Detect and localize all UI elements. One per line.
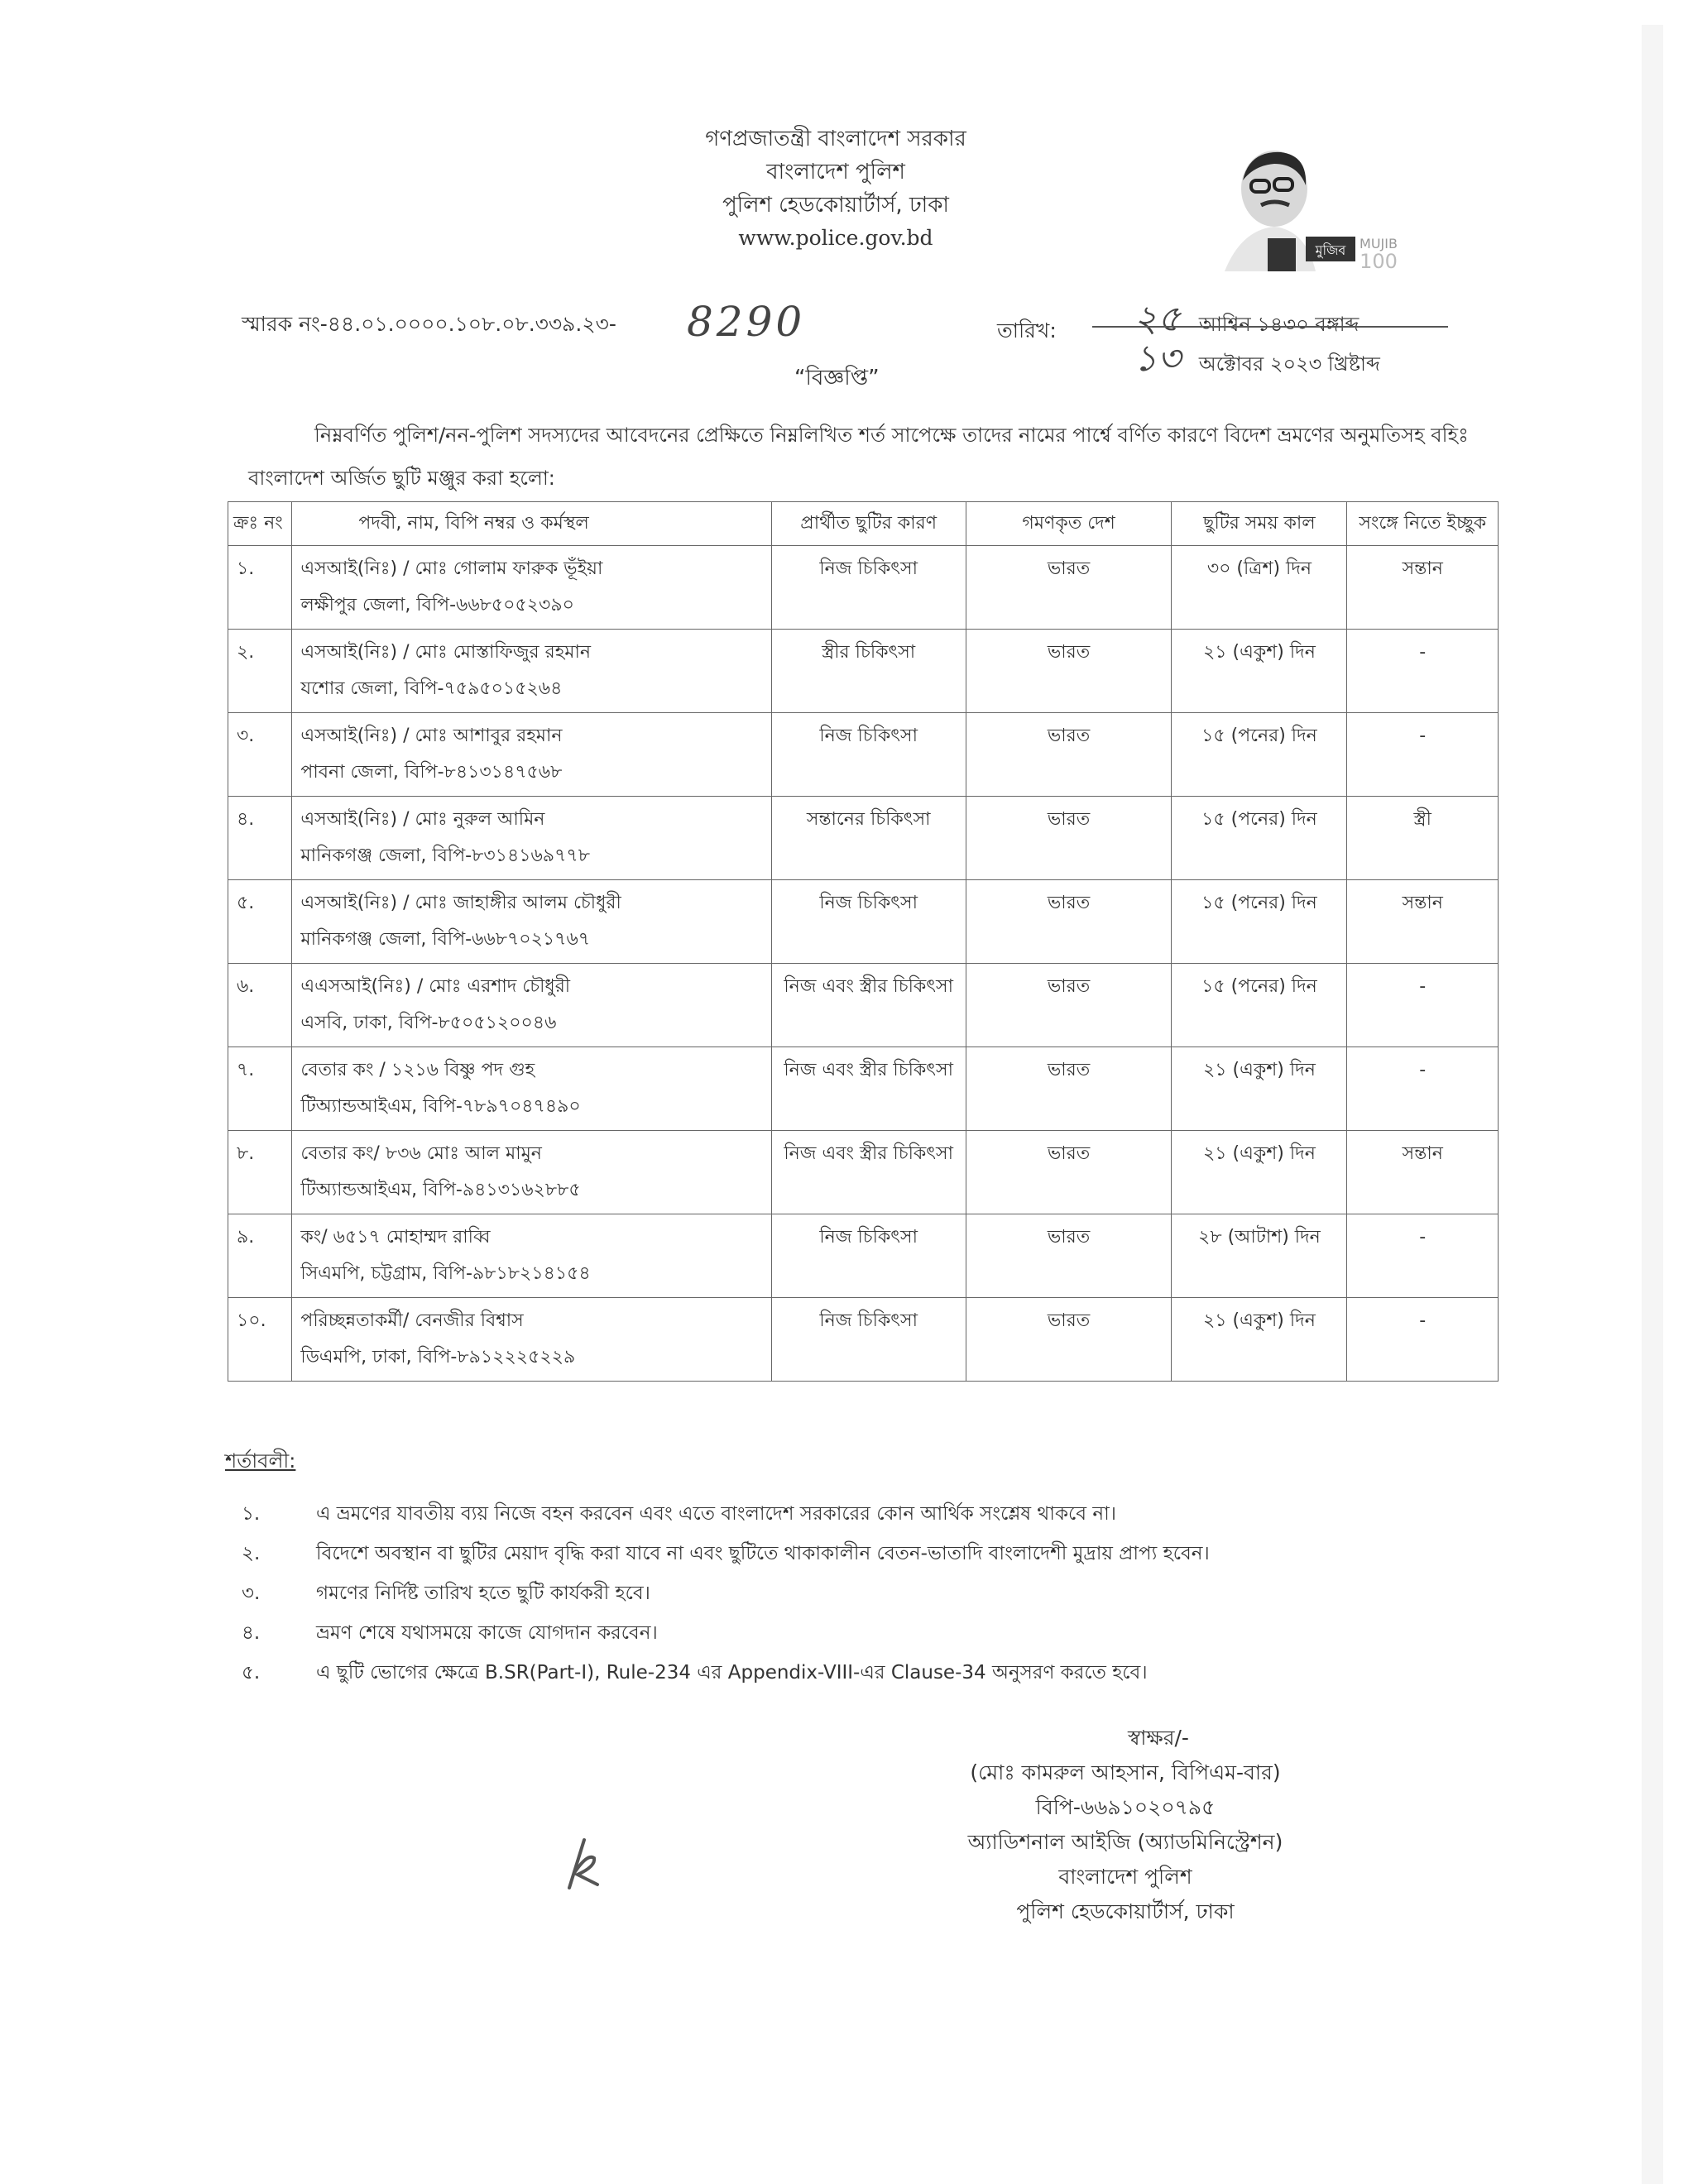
cell-country: ভারত bbox=[966, 546, 1172, 630]
signature-block: স্বাক্ষর/- (মোঃ কামরুল আহসান, বিপিএম-বার… bbox=[894, 1721, 1357, 1929]
cell-name-unit-bp: ডিএমপি, ঢাকা, বিপি-৮৯১২২২৫২২৯ bbox=[300, 1339, 762, 1376]
cell-name: বেতার কং / ১২১৬ বিষ্ণু পদ গুহটিঅ্যান্ডআই… bbox=[292, 1047, 771, 1131]
signature-org: বাংলাদেশ পুলিশ bbox=[894, 1860, 1357, 1894]
cell-serial: ৬. bbox=[228, 964, 292, 1047]
signature-office: পুলিশ হেডকোয়ার্টার্স, ঢাকা bbox=[894, 1894, 1357, 1929]
memo-number: স্মারক নং-৪৪.০১.০০০০.১০৮.০৮.৩৩৯.২৩- bbox=[242, 308, 616, 343]
condition-item: ৫.এ ছুটি ভোগের ক্ষেত্রে B.SR(Part-I), Ru… bbox=[225, 1653, 1466, 1693]
cell-duration: ২১ (একুশ) দিন bbox=[1172, 630, 1347, 713]
cell-name-rank: পরিচ্ছন্নতাকর্মী/ বেনজীর বিশ্বাস bbox=[300, 1303, 762, 1339]
col-serial: ক্রঃ নং bbox=[228, 502, 292, 546]
cell-companion: - bbox=[1347, 630, 1499, 713]
table-row: ১.এসআই(নিঃ) / মোঃ গোলাম ফারুক ভূঁইয়ালক্… bbox=[228, 546, 1499, 630]
table-row: ১০.পরিচ্ছন্নতাকর্মী/ বেনজীর বিশ্বাসডিএমপ… bbox=[228, 1298, 1499, 1382]
col-companion: সংঙ্গে নিতে ইচ্ছুক bbox=[1347, 502, 1499, 546]
cell-companion: - bbox=[1347, 713, 1499, 797]
cell-name-rank: বেতার কং/ ৮৩৬ মোঃ আল মামুন bbox=[300, 1136, 762, 1172]
table-header-row: ক্রঃ নং পদবী, নাম, বিপি নম্বর ও কর্মস্থল… bbox=[228, 502, 1499, 546]
cell-serial: ৭. bbox=[228, 1047, 292, 1131]
cell-serial: ৪. bbox=[228, 797, 292, 880]
cell-name: এসআই(নিঃ) / মোঃ গোলাম ফারুক ভূঁইয়ালক্ষী… bbox=[292, 546, 771, 630]
condition-item: ১.এ ভ্রমণের যাবতীয় ব্যয় নিজে বহন করবেন… bbox=[225, 1494, 1466, 1534]
cell-reason: নিজ চিকিৎসা bbox=[771, 713, 966, 797]
condition-text: এ ভ্রমণের যাবতীয় ব্যয় নিজে বহন করবেন এ… bbox=[316, 1494, 1116, 1534]
cell-name-rank: কং/ ৬৫১৭ মোহাম্মদ রাব্বি bbox=[300, 1219, 762, 1256]
date-english: ১৩ অক্টোবর ২০২৩ খ্রিষ্টাব্দ bbox=[1134, 331, 1456, 391]
cell-country: ভারত bbox=[966, 1131, 1172, 1214]
cell-name-unit-bp: টিঅ্যান্ডআইএম, বিপি-৭৮৯৭০৪৭৪৯০ bbox=[300, 1089, 762, 1125]
cell-name-unit-bp: মানিকগঞ্জ জেলা, বিপি-৮৩১৪১৬৯৭৭৮ bbox=[300, 838, 762, 874]
cell-duration: ১৫ (পনের) দিন bbox=[1172, 797, 1347, 880]
cell-serial: ৫. bbox=[228, 880, 292, 964]
cell-name-rank: এএসআই(নিঃ) / মোঃ এরশাদ চৌধুরী bbox=[300, 969, 762, 1005]
signature-name: (মোঃ কামরুল আহসান, বিপিএম-বার) bbox=[894, 1755, 1357, 1790]
svg-text:100: 100 bbox=[1360, 250, 1398, 271]
cell-name-rank: এসআই(নিঃ) / মোঃ গোলাম ফারুক ভূঁইয়া bbox=[300, 551, 762, 587]
table-row: ৬.এএসআই(নিঃ) / মোঃ এরশাদ চৌধুরীএসবি, ঢাক… bbox=[228, 964, 1499, 1047]
cell-reason: নিজ চিকিৎসা bbox=[771, 1298, 966, 1382]
table-row: ৭.বেতার কং / ১২১৬ বিষ্ণু পদ গুহটিঅ্যান্ড… bbox=[228, 1047, 1499, 1131]
cell-duration: ২১ (একুশ) দিন bbox=[1172, 1047, 1347, 1131]
conditions-title: শর্তাবলী: bbox=[225, 1446, 295, 1479]
intro-paragraph: নিম্নবর্ণিত পুলিশ/নন-পুলিশ সদস্যদের আবেদ… bbox=[248, 414, 1506, 500]
cell-companion: সন্তান bbox=[1347, 880, 1499, 964]
col-country: গমণকৃত দেশ bbox=[966, 502, 1172, 546]
condition-item: ৪.ভ্রমণ শেষে যথাসময়ে কাজে যোগদান করবেন। bbox=[225, 1613, 1466, 1653]
cell-duration: ১৫ (পনের) দিন bbox=[1172, 713, 1347, 797]
cell-serial: ৯. bbox=[228, 1214, 292, 1298]
cell-country: ভারত bbox=[966, 630, 1172, 713]
mujib-100-logo-icon: মুজিব MUJIB 100 bbox=[1208, 139, 1407, 271]
cell-serial: ৮. bbox=[228, 1131, 292, 1214]
cell-duration: ১৫ (পনের) দিন bbox=[1172, 964, 1347, 1047]
signature-bp: বিপি-৬৬৯১০২০৭৯৫ bbox=[894, 1790, 1357, 1825]
col-duration: ছুটির সময় কাল bbox=[1172, 502, 1347, 546]
handwritten-initial-icon bbox=[563, 1837, 612, 1894]
letterhead-department: বাংলাদেশ পুলিশ bbox=[629, 156, 1043, 189]
cell-name-unit-bp: যশোর জেলা, বিপি-৭৫৯৫০১৫২৬৪ bbox=[300, 671, 762, 707]
condition-number: ৪. bbox=[225, 1613, 316, 1653]
cell-country: ভারত bbox=[966, 1047, 1172, 1131]
cell-reason: নিজ চিকিৎসা bbox=[771, 880, 966, 964]
condition-number: ৫. bbox=[225, 1653, 316, 1693]
table-row: ৯.কং/ ৬৫১৭ মোহাম্মদ রাব্বিসিএমপি, চট্টগ্… bbox=[228, 1214, 1499, 1298]
cell-name: কং/ ৬৫১৭ মোহাম্মদ রাব্বিসিএমপি, চট্টগ্রা… bbox=[292, 1214, 771, 1298]
cell-serial: ২. bbox=[228, 630, 292, 713]
cell-companion: সন্তান bbox=[1347, 546, 1499, 630]
condition-text: গমণের নির্দিষ্ট তারিখ হতে ছুটি কার্যকরী … bbox=[316, 1573, 650, 1613]
conditions-list: ১.এ ভ্রমণের যাবতীয় ব্যয় নিজে বহন করবেন… bbox=[225, 1494, 1466, 1693]
cell-name-rank: এসআই(নিঃ) / মোঃ জাহাঙ্গীর আলম চৌধুরী bbox=[300, 885, 762, 922]
condition-number: ৩. bbox=[225, 1573, 316, 1613]
letterhead: গণপ্রজাতন্ত্রী বাংলাদেশ সরকার বাংলাদেশ প… bbox=[629, 122, 1043, 255]
letterhead-office: পুলিশ হেডকোয়ার্টার্স, ঢাকা bbox=[629, 189, 1043, 222]
cell-name-unit-bp: এসবি, ঢাকা, বিপি-৮৫০৫১২০০৪৬ bbox=[300, 1005, 762, 1042]
cell-reason: স্ত্রীর চিকিৎসা bbox=[771, 630, 966, 713]
cell-country: ভারত bbox=[966, 1214, 1172, 1298]
cell-name: এসআই(নিঃ) / মোঃ জাহাঙ্গীর আলম চৌধুরীমানি… bbox=[292, 880, 771, 964]
condition-item: ৩.গমণের নির্দিষ্ট তারিখ হতে ছুটি কার্যকর… bbox=[225, 1573, 1466, 1613]
cell-serial: ১০. bbox=[228, 1298, 292, 1382]
cell-reason: নিজ চিকিৎসা bbox=[771, 1214, 966, 1298]
cell-reason: সন্তানের চিকিৎসা bbox=[771, 797, 966, 880]
cell-reason: নিজ এবং স্ত্রীর চিকিৎসা bbox=[771, 1047, 966, 1131]
cell-name: এএসআই(নিঃ) / মোঃ এরশাদ চৌধুরীএসবি, ঢাকা,… bbox=[292, 964, 771, 1047]
condition-number: ১. bbox=[225, 1494, 316, 1534]
signature-designation: অ্যাডিশনাল আইজি (অ্যাডমিনিস্ট্রেশন) bbox=[894, 1825, 1357, 1860]
cell-name-rank: এসআই(নিঃ) / মোঃ মোস্তাফিজুর রহমান bbox=[300, 635, 762, 671]
svg-text:মুজিব: মুজিব bbox=[1315, 242, 1347, 258]
table-row: ৩.এসআই(নিঃ) / মোঃ আশাবুর রহমানপাবনা জেলা… bbox=[228, 713, 1499, 797]
condition-text: বিদেশে অবস্থান বা ছুটির মেয়াদ বৃদ্ধি কর… bbox=[316, 1534, 1210, 1573]
cell-reason: নিজ এবং স্ত্রীর চিকিৎসা bbox=[771, 1131, 966, 1214]
date-english-day: ১৩ bbox=[1134, 338, 1181, 380]
cell-name: এসআই(নিঃ) / মোঃ আশাবুর রহমানপাবনা জেলা, … bbox=[292, 713, 771, 797]
cell-duration: ৩০ (ত্রিশ) দিন bbox=[1172, 546, 1347, 630]
cell-name: এসআই(নিঃ) / মোঃ নুরুল আমিনমানিকগঞ্জ জেলা… bbox=[292, 797, 771, 880]
cell-name-rank: বেতার কং / ১২১৬ বিষ্ণু পদ গুহ bbox=[300, 1052, 762, 1089]
cell-duration: ২১ (একুশ) দিন bbox=[1172, 1131, 1347, 1214]
scan-edge-strip bbox=[1642, 25, 1663, 2184]
cell-name: পরিচ্ছন্নতাকর্মী/ বেনজীর বিশ্বাসডিএমপি, … bbox=[292, 1298, 771, 1382]
col-name: পদবী, নাম, বিপি নম্বর ও কর্মস্থল bbox=[292, 502, 771, 546]
cell-duration: ১৫ (পনের) দিন bbox=[1172, 880, 1347, 964]
cell-country: ভারত bbox=[966, 1298, 1172, 1382]
cell-duration: ২৮ (আটাশ) দিন bbox=[1172, 1214, 1347, 1298]
cell-country: ভারত bbox=[966, 964, 1172, 1047]
table-row: ২.এসআই(নিঃ) / মোঃ মোস্তাফিজুর রহমানযশোর … bbox=[228, 630, 1499, 713]
cell-serial: ১. bbox=[228, 546, 292, 630]
condition-number: ২. bbox=[225, 1534, 316, 1573]
cell-name: বেতার কং/ ৮৩৬ মোঃ আল মামুনটিঅ্যান্ডআইএম,… bbox=[292, 1131, 771, 1214]
signature-signed: স্বাক্ষর/- bbox=[960, 1721, 1357, 1755]
date-english-month-year: অক্টোবর ২০২৩ খ্রিষ্টাব্দ bbox=[1199, 352, 1380, 376]
leave-table: ক্রঃ নং পদবী, নাম, বিপি নম্বর ও কর্মস্থল… bbox=[228, 501, 1499, 1382]
cell-name-unit-bp: মানিকগঞ্জ জেলা, বিপি-৬৬৮৭০২১৭৬৭ bbox=[300, 922, 762, 958]
date-divider bbox=[1092, 326, 1448, 328]
cell-serial: ৩. bbox=[228, 713, 292, 797]
cell-name-rank: এসআই(নিঃ) / মোঃ নুরুল আমিন bbox=[300, 802, 762, 838]
cell-companion: - bbox=[1347, 1298, 1499, 1382]
cell-companion: - bbox=[1347, 964, 1499, 1047]
cell-name: এসআই(নিঃ) / মোঃ মোস্তাফিজুর রহমানযশোর জে… bbox=[292, 630, 771, 713]
cell-country: ভারত bbox=[966, 797, 1172, 880]
letterhead-government: গণপ্রজাতন্ত্রী বাংলাদেশ সরকার bbox=[629, 122, 1043, 156]
memo-handwritten-number: 8290 bbox=[687, 298, 805, 346]
cell-reason: নিজ চিকিৎসা bbox=[771, 546, 966, 630]
cell-name-unit-bp: সিএমপি, চট্টগ্রাম, বিপি-৯৮১৮২১৪১৫৪ bbox=[300, 1256, 762, 1292]
table-row: ৮.বেতার কং/ ৮৩৬ মোঃ আল মামুনটিঅ্যান্ডআইএ… bbox=[228, 1131, 1499, 1214]
cell-companion: - bbox=[1347, 1214, 1499, 1298]
cell-duration: ২১ (একুশ) দিন bbox=[1172, 1298, 1347, 1382]
cell-name-unit-bp: পাবনা জেলা, বিপি-৮৪১৩১৪৭৫৬৮ bbox=[300, 754, 762, 791]
condition-text: ভ্রমণ শেষে যথাসময়ে কাজে যোগদান করবেন। bbox=[316, 1613, 658, 1653]
date-label: তারিখ: bbox=[997, 314, 1057, 350]
cell-country: ভারত bbox=[966, 713, 1172, 797]
cell-country: ভারত bbox=[966, 880, 1172, 964]
cell-companion: - bbox=[1347, 1047, 1499, 1131]
letterhead-website: www.police.gov.bd bbox=[629, 222, 1043, 255]
condition-text: এ ছুটি ভোগের ক্ষেত্রে B.SR(Part-I), Rule… bbox=[316, 1653, 1148, 1693]
cell-companion: সন্তান bbox=[1347, 1131, 1499, 1214]
cell-name-rank: এসআই(নিঃ) / মোঃ আশাবুর রহমান bbox=[300, 718, 762, 754]
table-row: ৫.এসআই(নিঃ) / মোঃ জাহাঙ্গীর আলম চৌধুরীমা… bbox=[228, 880, 1499, 964]
table-row: ৪.এসআই(নিঃ) / মোঃ নুরুল আমিনমানিকগঞ্জ জে… bbox=[228, 797, 1499, 880]
cell-companion: স্ত্রী bbox=[1347, 797, 1499, 880]
cell-reason: নিজ এবং স্ত্রীর চিকিৎসা bbox=[771, 964, 966, 1047]
notice-title: “বিজ্ঞপ্তি” bbox=[794, 361, 880, 397]
condition-item: ২.বিদেশে অবস্থান বা ছুটির মেয়াদ বৃদ্ধি … bbox=[225, 1534, 1466, 1573]
col-reason: প্রার্থীত ছুটির কারণ bbox=[771, 502, 966, 546]
cell-name-unit-bp: টিঅ্যান্ডআইএম, বিপি-৯৪১৩১৬২৮৮৫ bbox=[300, 1172, 762, 1209]
cell-name-unit-bp: লক্ষীপুর জেলা, বিপি-৬৬৮৫০৫২৩৯০ bbox=[300, 587, 762, 624]
memo-number-label: স্মারক নং-৪৪.০১.০০০০.১০৮.০৮.৩৩৯.২৩- bbox=[242, 312, 616, 336]
